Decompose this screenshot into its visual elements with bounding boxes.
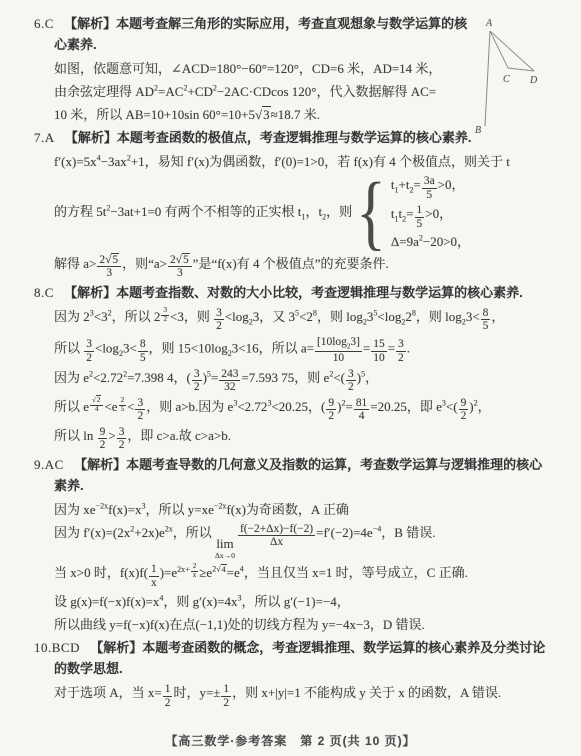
question-7-analysis-label: 【解析】本题考查函数的极值点，考查逻辑推理与数学运算的核心素养. [65,130,472,145]
question-8-line: 所以 ln 92>32，即 c>a.故 c>a>b. [34,426,553,452]
question-7-line: 解得 a>2√53，则“a>2√53”是“f(x)有 4 个极值点”的充要条件. [34,254,553,280]
question-8-line: 因为 e2<2.722=7.398 4，(32)5=24332=7.593 75… [34,368,553,394]
system-brace: { [356,171,386,255]
question-9-line: 所以曲线 y=f(−x)f(x)在点(−1,1)处的切线方程为 y=−4x−3，… [34,615,553,635]
system-lines: t1+t2=3a5>0， t1t2=15>0， Δ=9a2−20>0， [391,175,470,251]
system-condition: Δ=9a2−20>0， [391,233,470,251]
triangle-figure: A B C D [467,16,559,144]
question-8-solution: 8.C 【解析】本题考查指数、对数的大小比较，考查逻辑推理与数学运算的核心素养.… [34,283,553,452]
question-9-heading: 9.AC 【解析】本题考查导数的几何意义及指数的运算，考查数学运算与逻辑推理的核… [34,455,553,497]
triangle-diagram: A B C D [467,16,559,144]
vertex-label-A: A [485,18,493,29]
question-6-answer: 6.C [34,16,54,31]
question-8-answer: 8.C [34,285,54,300]
question-10-solution: 10.BCD 【解析】本题考查函数的概念，考查逻辑推理、数学运算的核心素养及分类… [34,638,553,709]
vertex-label-C: C [503,74,510,85]
question-10-line: 对于选项 A，当 x=12时，y=±12，则 x+|y|=1 不能构成 y 关于… [34,683,553,709]
segment-AC [490,31,508,68]
vertex-label-B: B [475,125,481,136]
question-6-heading: 6.C 【解析】本题考查解三角形的实际应用，考查直观想象与数学运算的核心素养. [34,14,479,56]
question-9-answer: 9.AC [34,457,64,472]
question-9-line: 设 g(x)=f(−x)f(x)=x4，则 g′(x)=4x3，所以 g′(−1… [34,592,553,612]
question-10-heading: 10.BCD 【解析】本题考查函数的概念，考查逻辑推理、数学运算的核心素养及分类… [34,638,553,680]
question-8-line: 所以 32<log23<85，则 15<10log23<16，所以 a=[10l… [34,336,553,365]
equation-system: { t1+t2=3a5>0， t1t2=15>0， Δ=9a2−20>0， [356,175,470,251]
question-7-solution: 7.A 【解析】本题考查函数的极值点，考查逻辑推理与数学运算的核心素养. f′(… [34,128,553,280]
question-7-line: 的方程 5t2−3at+1=0 有两个不相等的正实根 t1，t2，则 [54,202,352,224]
system-condition: t1+t2=3a5>0， [391,175,470,201]
question-7-line: f′(x)=5x4−3ax2+1，易知 f′(x)为偶函数，f′(0)=1>0，… [34,152,553,172]
vertex-label-D: D [529,75,538,86]
question-10-answer: 10.BCD [34,640,80,655]
question-8-line: 因为 23<32，所以 232<3，则 32<log23，又 35<28，则 l… [34,307,553,333]
question-9-line: 当 x>0 时，f(x)f(1x)=e2x+2x≥e2√4=e4，当且仅当 x=… [34,563,553,589]
question-9-line: 因为 xe−2xf(x)=x3，所以 y=xe−2xf(x)为奇函数，A 正确 [34,500,553,520]
question-9-analysis-label: 【解析】本题考查导数的几何意义及指数的运算，考查数学运算与逻辑推理的核心素养. [54,457,542,493]
system-condition: t1t2=15>0， [391,204,470,230]
question-9-line: 因为 f′(x)=(2x2+2x)e2x，所以 limΔx→0f(−2+Δx)−… [34,523,553,560]
answer-sheet-page: 6.C 【解析】本题考查解三角形的实际应用，考查直观想象与数学运算的核心素养. … [0,0,581,756]
segment-AB [485,31,490,126]
question-9-solution: 9.AC 【解析】本题考查导数的几何意义及指数的运算，考查数学运算与逻辑推理的核… [34,455,553,635]
question-8-line: 所以 e√24<e25<32，则 a>b.因为 e3<2.723<20.25，(… [34,397,553,423]
question-10-analysis-label: 【解析】本题考查函数的概念，考查逻辑推理、数学运算的核心素养及分类讨论的数学思想… [54,640,545,676]
question-8-analysis-label: 【解析】本题考查指数、对数的大小比较，考查逻辑推理与数学运算的核心素养. [64,285,523,300]
question-6-analysis-label: 【解析】本题考查解三角形的实际应用，考查直观想象与数学运算的核心素养. [54,16,467,52]
question-7-answer: 7.A [34,130,55,145]
question-7-system-row: 的方程 5t2−3at+1=0 有两个不相等的正实根 t1，t2，则 { t1+… [34,175,553,251]
page-footer: 【高三数学·参考答案 第 2 页(共 10 页)】 [0,732,581,749]
segment-CD [508,68,534,71]
question-8-heading: 8.C 【解析】本题考查指数、对数的大小比较，考查逻辑推理与数学运算的核心素养. [34,283,553,304]
segment-AD [490,31,534,71]
